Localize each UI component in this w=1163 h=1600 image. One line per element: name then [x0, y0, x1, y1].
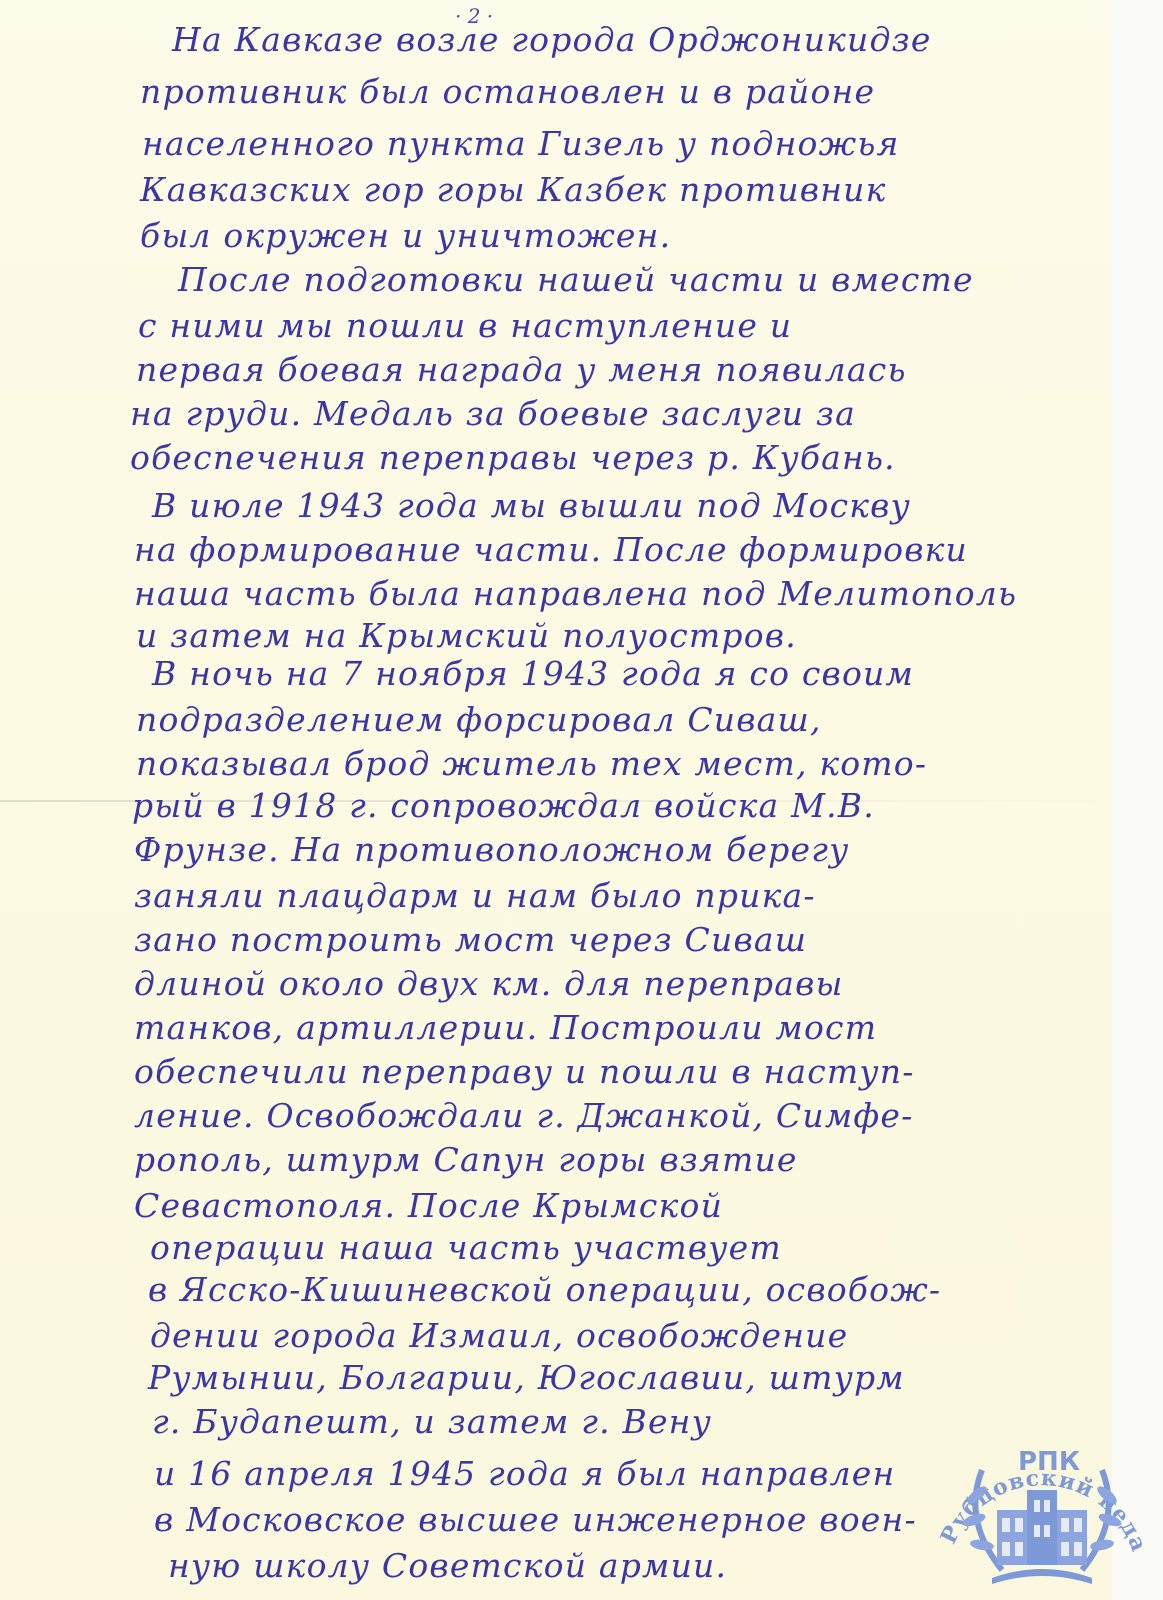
text-line: в Ясско-Кишиневской операции, освобож- [148, 1270, 941, 1309]
text-line: и 16 апреля 1945 года я был направлен [154, 1454, 895, 1493]
text-line: В ночь на 7 ноября 1943 года я со своим [152, 654, 914, 693]
text-line: Фрунзе. На противоположном берегу [134, 830, 849, 869]
text-line: рый в 1918 г. сопровождал войска М.В. [132, 786, 875, 825]
text-line: показывал брод житель тех мест, кото- [136, 744, 927, 783]
svg-text:РПК: РПК [1018, 1447, 1080, 1477]
scan-margin [1112, 0, 1163, 1600]
text-line: зано построить мост через Сиваш [134, 920, 807, 959]
text-line: В июле 1943 года мы вышли под Москву [152, 486, 911, 525]
text-line: ление. Освобождали г. Джанкой, Симфе- [134, 1096, 914, 1135]
text-line: противник был остановлен и в районе [140, 72, 875, 111]
college-emblem-icon: Рубцовский педагогический колледж РПК [922, 1400, 1162, 1600]
text-line: подразделением форсировал Сиваш, [136, 700, 822, 739]
text-line: первая боевая награда у меня появилась [136, 350, 907, 389]
text-line: с ними мы пошли в наступление и [138, 306, 792, 345]
text-line: длиной около двух км. для переправы [134, 964, 844, 1003]
text-line: Румынии, Болгарии, Югославии, штурм [148, 1358, 905, 1397]
text-line: г. Будапешт, и затем г. Вену [152, 1402, 712, 1441]
text-line: обеспечили переправу и пошли в наступ- [134, 1052, 915, 1091]
text-line: заняли плацдарм и нам было прика- [134, 876, 816, 915]
text-line: рополь, штурм Сапун горы взятие [134, 1140, 798, 1179]
text-line: в Московское высшее инженерное воен- [154, 1500, 917, 1539]
text-line: Севастополя. После Крымской [134, 1186, 723, 1225]
text-line: наша часть была направлена под Мелитопол… [134, 574, 1017, 613]
text-line: На Кавказе возле города Орджоникидзе [172, 20, 932, 59]
text-line: дении города Измаил, освобождение [150, 1316, 848, 1355]
text-line: на груди. Медаль за боевые заслуги за [130, 394, 856, 433]
text-line: обеспечения переправы через р. Кубань. [130, 438, 896, 477]
text-line: Кавказских гор горы Казбек противник [140, 170, 887, 209]
text-line: танков, артиллерии. Построили мост [134, 1008, 877, 1047]
text-line: операции наша часть участвует [150, 1228, 782, 1267]
text-line: ную школу Советской армии. [168, 1546, 727, 1585]
college-stamp: Рубцовский педагогический колледж РПК [922, 1400, 1162, 1600]
text-line: и затем на Крымский полуостров. [136, 616, 797, 655]
text-line: населенного пункта Гизель у подножья [142, 124, 900, 163]
text-line: После подготовки нашей части и вместе [178, 260, 974, 299]
text-line: на формирование части. После формировки [134, 530, 968, 569]
text-line: был окружен и уничтожен. [140, 216, 671, 255]
